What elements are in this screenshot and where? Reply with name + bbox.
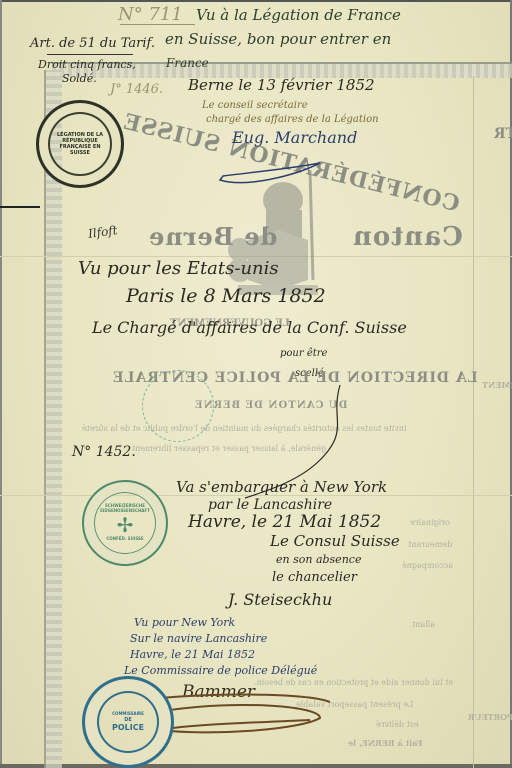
fait-a-berne-line: Fait à BERNE, le xyxy=(348,738,423,748)
place-date: Berne le 13 février 1852 xyxy=(188,76,375,94)
document-edge-top xyxy=(0,0,512,2)
visa-number: N° 711 xyxy=(118,4,183,25)
chancelier-line: le chancelier xyxy=(272,570,357,585)
legation-france-stamp: LÉGATION DE LA RÉPUBLIQUE FRANÇAISE EN S… xyxy=(36,100,124,188)
signalement-label: SIGNALEMENT xyxy=(482,380,512,390)
document-edge-bottom xyxy=(0,764,512,768)
charge-affaires-line: Le Chargé d'affaires de la Conf. Suisse xyxy=(92,318,407,337)
havre-date-line: Havre, le 21 Mai 1852 xyxy=(188,512,381,532)
visa-etats-unis: Vu pour les Etats-unis xyxy=(78,258,279,279)
embark-line: Va s'embarquer à New York xyxy=(176,478,387,496)
aide-protection-line: et lui donner aide et protection en cas … xyxy=(254,678,453,687)
passport-number: N° 1452. xyxy=(72,444,136,460)
underline xyxy=(120,24,195,25)
stamp-text: CONFÉD. SUISSE xyxy=(106,537,143,542)
allant-label: allant xyxy=(412,620,435,629)
reference-number: J° 1446. xyxy=(110,82,163,97)
lancashire-line: par le Lancashire xyxy=(208,497,332,513)
droit-line: Droit cinq francs, xyxy=(38,58,136,71)
legation-signature: Eug. Marchand xyxy=(232,128,357,147)
underline xyxy=(47,54,133,55)
visa-line-3: France xyxy=(166,56,209,70)
stamp-text: LÉGATION DE LA RÉPUBLIQUE FRANÇAISE EN S… xyxy=(50,132,110,156)
visa-paris-date: Paris le 8 Mars 1852 xyxy=(126,285,326,307)
ink-stroke xyxy=(0,206,40,208)
visa-line-2: en Suisse, bon pour entrer en xyxy=(165,30,391,48)
originaire-label: originaire xyxy=(410,518,450,527)
document-edge-left xyxy=(0,0,2,768)
canton-de-label: de Berne xyxy=(148,222,277,251)
swiss-confederation-stamp: SCHWEIZERISCHE EIDGENOSSENSCHAFT ✢ CONFÉ… xyxy=(82,480,168,566)
havre-visa-line-1: Vu pour New York xyxy=(134,616,235,629)
swiss-cross-icon: ✢ xyxy=(117,515,134,535)
consul-suisse-line: Le Consul Suisse xyxy=(270,532,400,550)
consul-line-1: Le conseil secrétaire xyxy=(202,100,308,111)
solde-line: Soldé. xyxy=(62,72,97,85)
pour-etre-line: pour être xyxy=(280,348,327,359)
consul-signature: J. Steiseckhu xyxy=(228,590,332,609)
porteur-label: PORTEUR xyxy=(468,712,512,722)
tariff-line: Art. de 51 du Tarif. xyxy=(30,36,155,51)
faint-round-stamp xyxy=(142,370,214,442)
demeurant-label: demeurant xyxy=(408,540,452,549)
accompagne-label: accompagné xyxy=(402,561,453,570)
commissaire-flourish xyxy=(150,688,340,748)
column-divider xyxy=(473,76,474,768)
stamp-text: POLICE xyxy=(112,723,144,733)
delivre-line: est délivré xyxy=(376,720,419,729)
havre-visa-line-3: Havre, le 21 Mai 1852 xyxy=(130,648,255,661)
right-column-header: TR xyxy=(494,126,512,142)
stamp-text: SCHWEIZERISCHE EIDGENOSSENSCHAFT xyxy=(97,504,153,514)
consul-line-2: chargé des affaires de la Légation xyxy=(206,114,379,125)
visa-line-1: Vu à la Légation de France xyxy=(196,6,401,24)
police-havre-stamp: COMMISSAIRE DE POLICE xyxy=(82,676,174,768)
absence-line: en son absence xyxy=(276,553,361,566)
canton-label: Canton xyxy=(352,222,463,252)
havre-visa-line-4: Le Commissaire de police Délégué xyxy=(124,664,317,677)
havre-visa-line-2: Sur le navire Lancashire xyxy=(130,632,267,645)
